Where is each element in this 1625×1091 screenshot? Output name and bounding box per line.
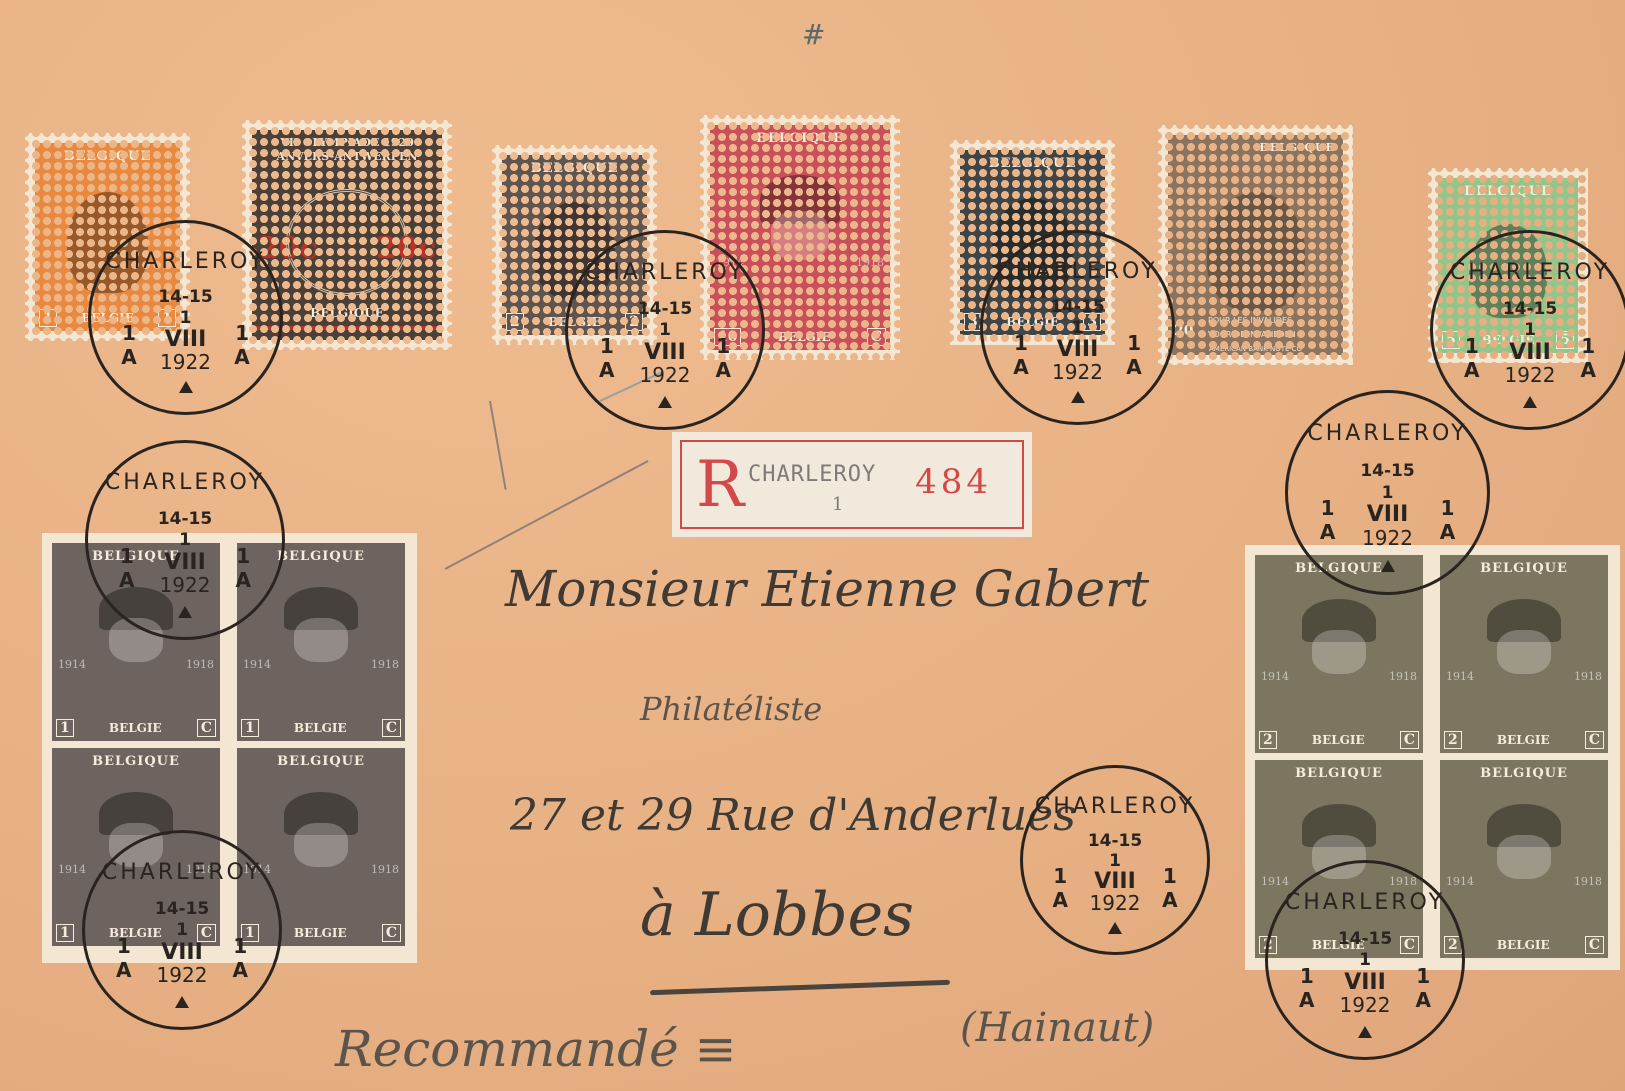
registration-office-number: 1 <box>832 494 843 515</box>
stamp-in-block: BELGIQUE191419182BELGIEC <box>1440 555 1608 753</box>
charleroy-postmark: CHARLEROY14-151VIII19221A1A <box>1430 230 1625 430</box>
stamp-subtitle: ANVERS-ANTWERPEN <box>252 150 442 164</box>
stamp-country: BELGIQUE <box>710 131 890 146</box>
stamp-title: VII OLYMPIADE 1920 <box>252 136 442 150</box>
registration-letter: R <box>696 448 744 522</box>
stamp-country-nl: BELGIE <box>778 330 831 344</box>
addressee-name: Monsieur Etienne Gabert <box>505 560 1149 618</box>
charleroy-postmark: CHARLEROY14-151VIII19221A1A <box>82 830 282 1030</box>
registration-number: 484 <box>915 462 992 502</box>
address-town: à Lobbes <box>640 880 914 950</box>
figure-icon <box>1207 192 1305 311</box>
year-end: 1918 <box>856 256 884 269</box>
charleroy-postmark: CHARLEROY14-151VIII19221A1A <box>88 220 283 415</box>
stamp-country: BELGIQUE <box>960 156 1105 171</box>
envelope: # BELGIQUE 1BELGIE1 VII OLYMPIADE 1920AN… <box>0 0 1625 1091</box>
pencil-mark: # <box>802 18 825 51</box>
pencil-stroke <box>445 460 649 570</box>
registration-office: CHARLEROY <box>748 462 876 487</box>
pencil-stroke <box>489 401 507 490</box>
stamp-printer: AMERICAN BANK NOTE CO <box>1168 345 1343 353</box>
face-icon <box>771 211 829 261</box>
charleroy-postmark: CHARLEROY14-151VIII19221A1A <box>85 440 285 640</box>
stamp-in-block: BELGIQUE191419182BELGIEC <box>1440 760 1608 958</box>
address-province: (Hainaut) <box>960 1005 1154 1051</box>
charleroy-postmark: CHARLEROY14-151VIII19221A1A <box>1020 765 1210 955</box>
stamp-inscription-nl: VOOR DE INVALIEDEN <box>1208 330 1296 339</box>
surcharge: 20c <box>376 231 436 266</box>
address-street: 27 et 29 Rue d'Anderlues <box>510 790 1076 841</box>
town-underline <box>650 980 950 995</box>
stamp-value: 2 <box>506 313 524 331</box>
stamp-country: BELGIQUE <box>310 306 384 320</box>
charleroy-postmark: CHARLEROY14-151VIII19221A1A <box>565 230 765 430</box>
stamp-country: BELGIQUE <box>35 149 180 164</box>
registration-label: R CHARLEROY 1 484 <box>672 432 1032 537</box>
stamp-20c-invalids: BELGIQUE POUR LES INVALIDES VOOR DE INVA… <box>1158 125 1353 365</box>
charleroy-postmark: CHARLEROY14-151VIII19221A1A <box>1265 860 1465 1060</box>
stamp-country: BELGIQUE <box>1438 184 1578 199</box>
stamp-country: BELGIQUE <box>1168 141 1343 154</box>
stamp-inscription-fr: POUR LES INVALIDES <box>1208 316 1292 325</box>
stamp-country: BELGIQUE <box>502 161 647 176</box>
registered-annotation: Recommandé ≡ <box>335 1020 737 1078</box>
addressee-title: Philatéliste <box>640 690 822 728</box>
stamp-unit: C <box>867 328 886 346</box>
charleroy-postmark: CHARLEROY14-151VIII19221A1A <box>980 230 1175 425</box>
stamp-value: 1 <box>39 309 57 327</box>
stamp-value: 20 <box>1174 323 1193 339</box>
charleroy-postmark: CHARLEROY14-151VIII19221A1A <box>1285 390 1490 595</box>
